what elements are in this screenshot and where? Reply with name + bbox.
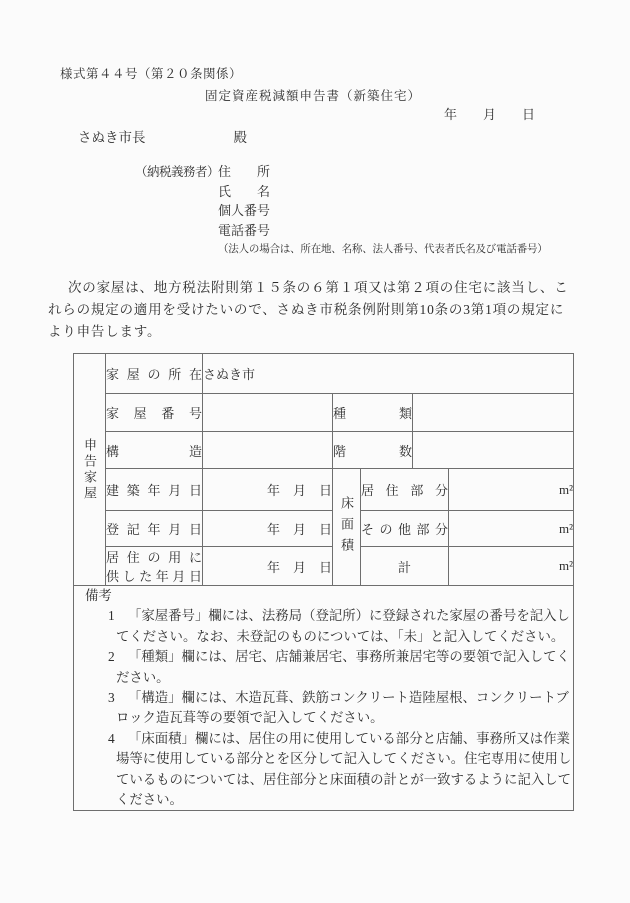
remark-number: 4 [108, 729, 128, 749]
document-page: 様式第４４号（第２０条関係） 固定資産税減額申告書（新築住宅） 年 月 日 さぬ… [0, 0, 630, 903]
declared-house-table: 申告家屋 家屋の所在 さぬき市 家屋番号 種類 構造 階数 建築年月日 年 月 … [73, 353, 574, 811]
declaration-line: れらの規定の適用を受けたいので、さぬき市税条例附則第10条の3第1項の規定に [48, 299, 576, 321]
remark-number: 1 [108, 606, 128, 626]
declaration-line: より申告します。 [48, 321, 576, 343]
built-date-value-cell: 年 月 日 [203, 469, 333, 511]
remark-line: 3「構造」欄には、木造瓦葺、鉄筋コンクリート造陸屋根、コンクリートブ [108, 688, 573, 708]
occupied-date-label-line1: 居住の用に [106, 547, 202, 566]
house-number-value-cell [203, 394, 333, 432]
remark-number: 3 [108, 688, 128, 708]
floor-area-label-cell: 床面積 [333, 469, 361, 586]
remark-line: 2「種類」欄には、居宅、店舗兼居宅、事務所兼居宅等の要領で記入してく [108, 647, 573, 667]
kind-value-cell [413, 394, 574, 432]
occupied-date-label-cell: 居住の用に 供した年月日 [106, 547, 203, 586]
built-date-label-cell: 建築年月日 [106, 469, 203, 511]
remark-line: 場等に使用している部分とを区分して記入してください。住宅専用に使用し [116, 749, 573, 769]
other-part-value-cell: m² [449, 511, 574, 547]
living-part-value-cell: m² [449, 469, 574, 511]
addressee-line: さぬき市長殿 [78, 126, 247, 146]
remark-text: 「構造」欄には、木造瓦葺、鉄筋コンクリート造陸屋根、コンクリートブ [128, 690, 569, 705]
location-label-cell: 家屋の所在 [106, 354, 203, 394]
remark-line: ロック造瓦葺等の要領で記入してください。 [116, 708, 573, 728]
remark-line: ているものについては、居住部分と床面積の計とが一致するように記入して [116, 770, 573, 790]
declaration-paragraph: 次の家屋は、地方税法附則第１５条の６第１項又は第２項の住宅に該当し、こ れらの規… [48, 277, 576, 342]
personal-number-field-label: 個人番号 [218, 201, 270, 221]
location-value-cell: さぬき市 [203, 354, 574, 394]
side-label-declared-house: 申告家屋 [74, 354, 106, 586]
remark-line: 1「家屋番号」欄には、法務局（登記所）に登録された家屋の番号を記入し [108, 606, 573, 626]
kind-label-cell: 種類 [333, 394, 413, 432]
name-field-label: 氏 名 [218, 182, 270, 202]
date-line: 年 月 日 [444, 104, 535, 123]
addressee: さぬき市長 [78, 130, 146, 145]
total-value-cell: m² [449, 547, 574, 586]
occupied-date-value-cell: 年 月 日 [203, 547, 333, 586]
occupied-date-label-line2: 供した年月日 [106, 566, 202, 585]
other-part-label-cell: その他部分 [361, 511, 449, 547]
remark-line: 4「床面積」欄には、居住の用に使用している部分と店舗、事務所又は作業 [108, 729, 573, 749]
remark-line: てください。なお、未登記のものについては、「未」と記入してください。 [116, 627, 573, 647]
page-title: 固定資産税減額申告書（新築住宅） [205, 86, 421, 104]
form-number: 様式第４４号（第２０条関係） [60, 64, 242, 82]
floors-label-cell: 階数 [333, 432, 413, 469]
house-number-label-cell: 家屋番号 [106, 394, 203, 432]
floors-value-cell [413, 432, 574, 469]
remarks-section: 備考 1「家屋番号」欄には、法務局（登記所）に登録された家屋の番号を記入し てく… [74, 586, 574, 811]
registered-date-label-cell: 登記年月日 [106, 511, 203, 547]
remark-text: 「家屋番号」欄には、法務局（登記所）に登録された家屋の番号を記入し [128, 608, 570, 623]
remark-line: ください。 [116, 790, 573, 810]
taxpayer-fields: 住 所 氏 名 個人番号 電話番号 [218, 162, 270, 240]
remark-text: 「種類」欄には、居宅、店舗兼居宅、事務所兼居宅等の要領で記入してく [128, 649, 570, 664]
registered-date-value-cell: 年 月 日 [203, 511, 333, 547]
taxpayer-label: （納税義務者） [135, 162, 219, 180]
declaration-line: 次の家屋は、地方税法附則第１５条の６第１項又は第２項の住宅に該当し、こ [48, 277, 576, 299]
structure-label-cell: 構造 [106, 432, 203, 469]
address-field-label: 住 所 [218, 162, 270, 182]
remarks-title: 備考 [85, 586, 573, 606]
living-part-label-cell: 居住部分 [361, 469, 449, 511]
total-label-cell: 計 [361, 547, 449, 586]
remark-line: ださい。 [116, 668, 573, 688]
corporate-note: （法人の場合は、所在地、名称、法人番号、代表者氏名及び電話番号） [218, 241, 548, 256]
honorific: 殿 [234, 130, 248, 145]
structure-value-cell [203, 432, 333, 469]
remark-number: 2 [108, 647, 128, 667]
remark-text: 「床面積」欄には、居住の用に使用している部分と店舗、事務所又は作業 [128, 731, 570, 746]
phone-number-field-label: 電話番号 [218, 221, 270, 241]
